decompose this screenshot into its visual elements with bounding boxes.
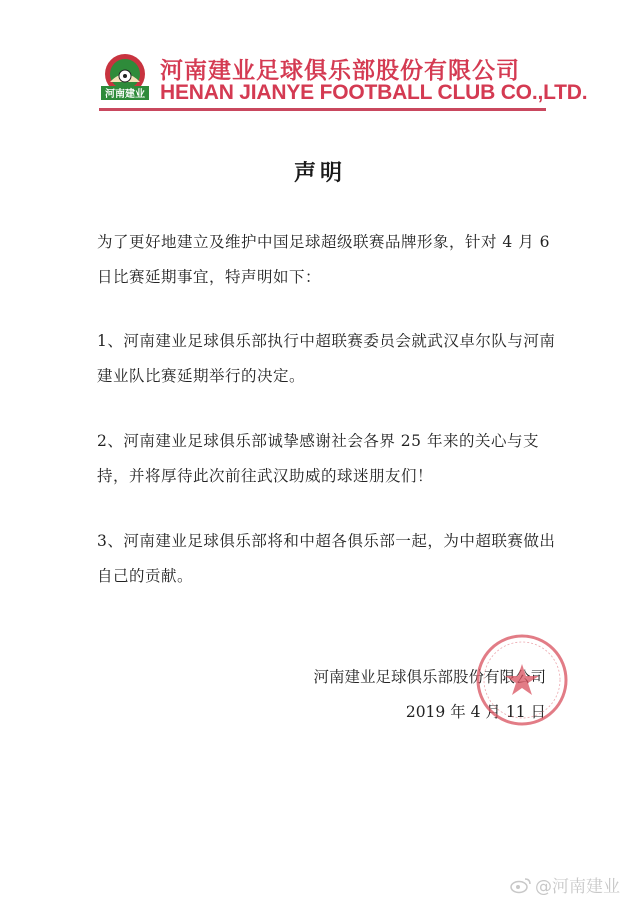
company-seal-icon: [474, 632, 570, 728]
weibo-icon: [510, 876, 532, 894]
statement-item-1: 1、河南建业足球俱乐部执行中超联赛委员会就武汉卓尔队与河南建业队比赛延期举行的决…: [97, 324, 567, 394]
svg-text:河南建业: 河南建业: [105, 87, 145, 100]
letterhead: 河南建业 河南建业足球俱乐部股份有限公司 HENAN JIANYE FOOTBA…: [98, 52, 534, 102]
intro-paragraph: 为了更好地建立及维护中国足球超级联赛品牌形象，针对 4 月 6 日比赛延期事宜，…: [97, 225, 567, 295]
header-divider: [99, 108, 546, 111]
statement-item-3: 3、河南建业足球俱乐部将和中超各俱乐部一起，为中超联赛做出自己的贡献。: [97, 524, 567, 594]
company-name-en: HENAN JIANYE FOOTBALL CLUB CO.,LTD.: [160, 81, 587, 105]
document-title: 声明: [0, 156, 640, 187]
weibo-watermark: @河南建业: [510, 872, 620, 897]
watermark-text: @河南建业: [535, 872, 620, 897]
club-logo-icon: 河南建业: [98, 52, 152, 104]
statement-item-2: 2、河南建业足球俱乐部诚挚感谢社会各界 25 年来的关心与支持，并将厚待此次前往…: [97, 424, 567, 494]
